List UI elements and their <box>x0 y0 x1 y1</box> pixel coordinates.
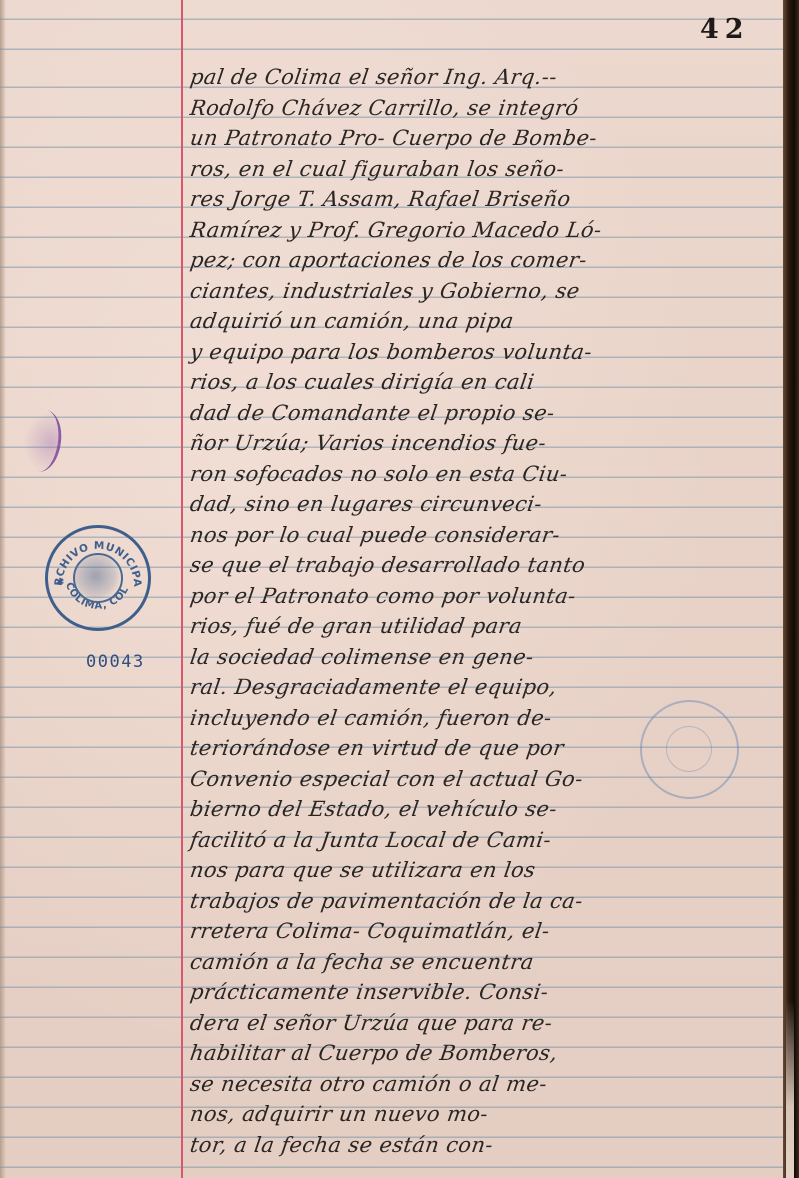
handwritten-line: un Patronato Pro- Cuerpo de Bombe- <box>188 123 767 154</box>
handwritten-line: nos, adquirir un nuevo mo- <box>188 1099 767 1130</box>
handwritten-line: Rodolfo Chávez Carrillo, se integró <box>188 93 767 124</box>
handwritten-line: res Jorge T. Assam, Rafael Briseño <box>188 184 767 215</box>
handwritten-line: trabajos de pavimentación de la ca- <box>188 886 767 917</box>
handwritten-line: ral. Desgraciadamente el equipo, <box>188 672 767 703</box>
stamp-star-icon: ✱ <box>56 577 64 588</box>
handwritten-line: facilitó a la Junta Local de Cami- <box>188 825 767 856</box>
handwritten-text-body: pal de Colima el señor Ing. Arq.-- Rodol… <box>188 62 763 1160</box>
handwritten-line: pez; con aportaciones de los comer- <box>188 245 767 276</box>
page-number: 42 <box>700 14 750 45</box>
folio-number: 00043 <box>86 652 145 672</box>
ledger-page: 42 ARCHIVO MUNICIPAL COLIMA, COL. ✱ 0004… <box>0 0 799 1178</box>
handwritten-line: rios, fué de gran utilidad para <box>188 611 767 642</box>
handwritten-line: ros, en el cual figuraban los seño- <box>188 154 767 185</box>
handwritten-line: habilitar al Cuerpo de Bomberos, <box>188 1038 767 1069</box>
handwritten-line: ciantes, industriales y Gobierno, se <box>188 276 767 307</box>
handwritten-line: dad de Comandante el propio se- <box>188 398 767 429</box>
red-margin-line <box>181 0 183 1178</box>
handwritten-line: se necesita otro camión o al me- <box>188 1069 767 1100</box>
book-binding-edge <box>783 0 799 1178</box>
handwritten-line: Ramírez y Prof. Gregorio Macedo Ló- <box>188 215 767 246</box>
handwritten-line: rretera Colima- Coquimatlán, el- <box>188 916 767 947</box>
handwritten-line: pal de Colima el señor Ing. Arq.-- <box>188 62 767 93</box>
handwritten-line: prácticamente inservible. Consi- <box>188 977 767 1008</box>
handwritten-line: bierno del Estado, el vehículo se- <box>188 794 767 825</box>
handwritten-line: tor, a la fecha se están con- <box>188 1130 767 1161</box>
handwritten-line: teriorándose en virtud de que por <box>188 733 767 764</box>
handwritten-line: dera el señor Urzúa que para re- <box>188 1008 767 1039</box>
handwritten-line: por el Patronato como por volunta- <box>188 581 767 612</box>
archivo-municipal-stamp-icon: ARCHIVO MUNICIPAL COLIMA, COL. ✱ <box>45 525 151 631</box>
handwritten-line: ron sofocados no solo en esta Ciu- <box>188 459 767 490</box>
handwritten-line: dad, sino en lugares circunveci- <box>188 489 767 520</box>
handwritten-line: y equipo para los bomberos volunta- <box>188 337 767 368</box>
handwritten-line: nos para que se utilizara en los <box>188 855 767 886</box>
handwritten-line: Convenio especial con el actual Go- <box>188 764 767 795</box>
handwritten-line: camión a la fecha se encuentra <box>188 947 767 978</box>
stamp-emblem-icon <box>73 553 123 603</box>
handwritten-line: la sociedad colimense en gene- <box>188 642 767 673</box>
handwritten-line: nos por lo cual puede considerar- <box>188 520 767 551</box>
handwritten-line: adquirió un camión, una pipa <box>188 306 767 337</box>
handwritten-line: se que el trabajo desarrollado tanto <box>188 550 767 581</box>
handwritten-line: rios, a los cuales dirigía en cali <box>188 367 767 398</box>
handwritten-line: ñor Urzúa; Varios incendios fue- <box>188 428 767 459</box>
handwritten-line: incluyendo el camión, fueron de- <box>188 703 767 734</box>
